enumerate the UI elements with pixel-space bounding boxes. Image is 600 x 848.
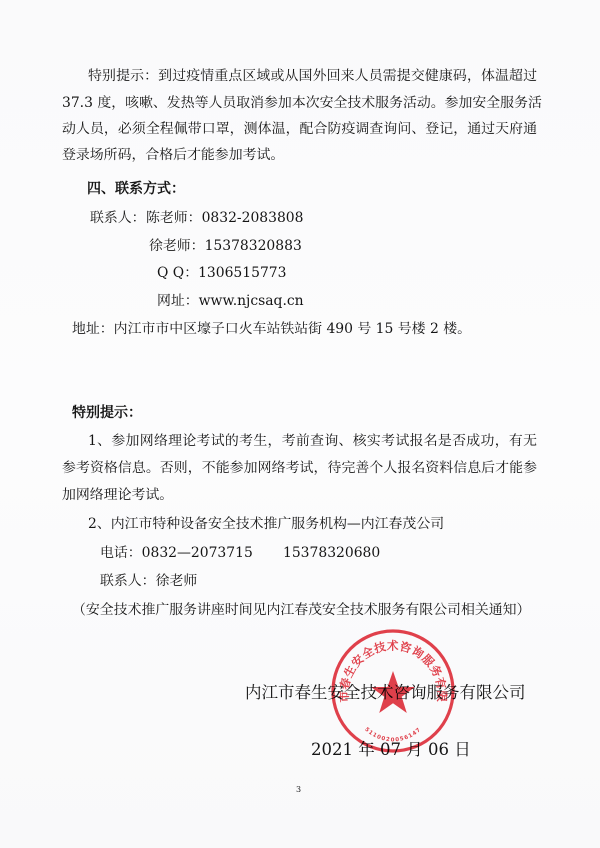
special-item1-line-1: 1、参加网络理论考试的考生，考前查询、核实考试报名是否成功，有无: [88, 432, 537, 450]
contact-person-label: 联系人：: [90, 209, 146, 227]
contact-qq: Q Q：1306515773: [157, 264, 286, 282]
page-number: 3: [296, 785, 301, 795]
special-notice-heading: 特别提示：: [72, 404, 142, 422]
seal-code-text: 5110020056147: [363, 727, 422, 744]
contact-address: 地址：内江市市中区壕子口火车站铁站街 490 号 15 号楼 2 楼。: [72, 320, 471, 338]
contact-heading: 四、联系方式：: [87, 180, 185, 198]
document-page: 特别提示：到过疫情重点区域或从国外回来人员需提交健康码，体温超过 37.3 度，…: [0, 0, 600, 848]
special-contact: 联系人：徐老师: [100, 572, 197, 590]
official-seal: 内江市春生安全技术咨询服务有限公司 5110020056147: [330, 628, 456, 754]
contact-website: 网址：www.njcsaq.cn: [157, 292, 304, 310]
notice-line-2: 37.3 度，咳嗽、发热等人员取消参加本次安全技术服务活动。参加安全服务活: [62, 94, 537, 112]
special-item1-line-3: 加网络理论考试。: [62, 486, 173, 504]
notice-line-4: 登录场所码，合格后才能参加考试。: [62, 146, 284, 164]
notice-line-3: 动人员，必须全程佩带口罩，测体温，配合防疫调查询问、登记，通过天府通: [62, 120, 537, 138]
contact-xu: 徐老师：15378320883: [149, 237, 302, 255]
special-item1-line-2: 参考资格信息。否则，不能参加网络考试，待完善个人报名资料信息后才能参: [62, 459, 537, 477]
special-item2: 2、内江市特种设备安全技术推广服务机构—内江春茂公司: [88, 515, 444, 533]
special-note: （安全技术推广服务讲座时间见内江春茂安全技术服务有限公司相关通知）: [72, 601, 530, 619]
special-phone: 电话：0832—2073715: [100, 544, 253, 562]
contact-chen: 陈老师：0832-2083808: [146, 209, 303, 227]
notice-line-1: 特别提示：到过疫情重点区域或从国外回来人员需提交健康码，体温超过: [88, 67, 537, 85]
special-phone-2: 15378320680: [283, 544, 380, 562]
star-icon: [371, 671, 415, 713]
